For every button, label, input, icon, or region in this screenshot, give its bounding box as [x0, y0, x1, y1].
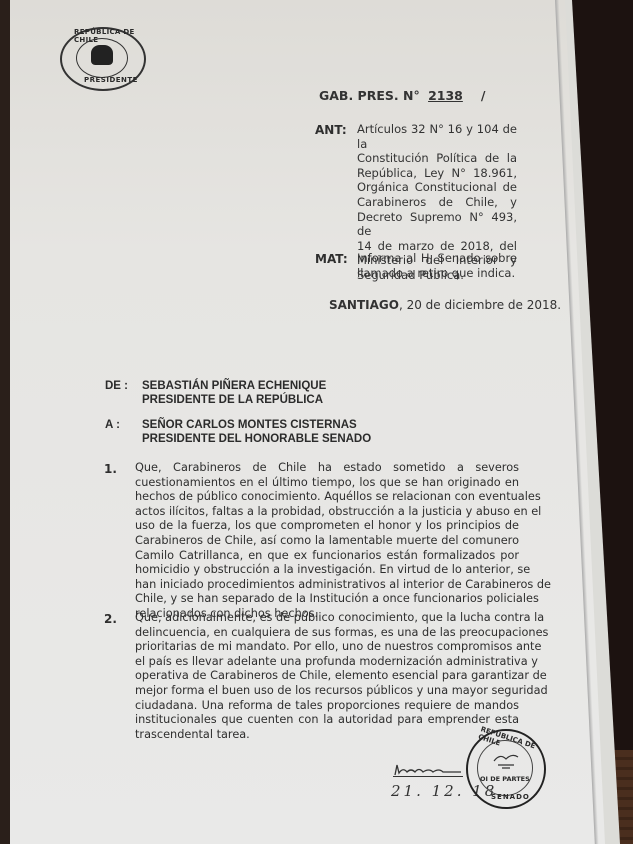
- presidential-seal: REPÚBLICA DE CHILE PRESIDENTE: [60, 27, 146, 91]
- paragraph-line: institucionales que cuenten con la autor…: [135, 713, 519, 728]
- paragraph-line: actos ilícitos, faltas a la probidad, ob…: [135, 505, 519, 520]
- paragraph-line: ciudadana. Una reforma de tales proporci…: [135, 699, 519, 714]
- paragraph-line: prioritarias de mi mandato. Por ello, un…: [135, 640, 519, 655]
- paragraph-line: trascendental tarea.: [135, 728, 519, 743]
- to-title: PRESIDENTE DEL HONORABLE SENADO: [142, 432, 371, 446]
- from-title: PRESIDENTE DE LA REPÚBLICA: [142, 393, 323, 407]
- reference-prefix: GAB. PRES. N°: [319, 88, 420, 103]
- ant-line: República, Ley N° 18.961,: [357, 166, 517, 181]
- paragraph-line: homicidio y obstrucción a la investigaci…: [135, 563, 519, 578]
- from-label: DE :: [105, 379, 145, 393]
- coat-of-arms-icon: [91, 45, 113, 65]
- paragraph-line: cuestionamientos en el último tiempo, lo…: [135, 476, 519, 491]
- mat-text: Informa al H. Senado sobre llamado a ret…: [357, 251, 517, 280]
- ant-line: Orgánica Constitucional de: [357, 180, 517, 195]
- seal-bottom-text: PRESIDENTE: [84, 76, 138, 84]
- ant-label: ANT:: [315, 123, 347, 137]
- reference-suffix: /: [481, 88, 486, 103]
- paragraph-line: hechos de público conocimiento. Aquéllos…: [135, 490, 519, 505]
- mat-line: Informa al H. Senado sobre: [357, 251, 517, 266]
- handwritten-signature: [393, 762, 463, 777]
- to-label: A :: [105, 418, 145, 432]
- stamp-middle-text: OI DE PARTES: [480, 775, 530, 783]
- paragraph-2: Que, adicionalmente, es de público conoc…: [135, 611, 519, 742]
- date: , 20 de diciembre de 2018.: [399, 298, 561, 312]
- paragraph-line: delincuencia, en cualquiera de sus forma…: [135, 626, 519, 641]
- condor-emblem-icon: [492, 751, 520, 771]
- reference-value: 2138: [424, 88, 481, 103]
- paragraph-line: mejor forma el buen uso de los recursos …: [135, 684, 519, 699]
- from-name: SEBASTIÁN PIÑERA ECHENIQUE: [142, 379, 326, 393]
- paragraph-1: Que, Carabineros de Chile ha estado some…: [135, 461, 519, 622]
- ant-line: Carabineros de Chile, y: [357, 195, 517, 210]
- paragraph-number: 2.: [104, 612, 117, 626]
- paragraph-line: Que, adicionalmente, es de público conoc…: [135, 611, 519, 626]
- mat-label: MAT:: [315, 252, 348, 266]
- paragraph-line: Camilo Catrillanca, en que ex funcionari…: [135, 549, 519, 564]
- to-name: SEÑOR CARLOS MONTES CISTERNAS: [142, 418, 357, 432]
- paragraph-number: 1.: [104, 462, 117, 476]
- paragraph-line: han iniciado procedimientos administrati…: [135, 578, 519, 593]
- paragraph-line: el país es llevar adelante una profunda …: [135, 655, 519, 670]
- senate-receipt-stamp: REPÚBLICA DE CHILE OI DE PARTES SENADO: [466, 729, 546, 809]
- reference-number: GAB. PRES. N° 2138/: [319, 88, 485, 103]
- signature-icon: [393, 763, 463, 777]
- city: SANTIAGO: [329, 298, 399, 312]
- stamp-bottom-text: SENADO: [491, 793, 530, 801]
- paragraph-line: operativa de Carabineros de Chile, eleme…: [135, 669, 519, 684]
- paragraph-line: Carabineros de Chile, así como la lament…: [135, 534, 519, 549]
- ant-line: Constitución Política de la: [357, 151, 517, 166]
- date-line: SANTIAGO, 20 de diciembre de 2018.: [329, 298, 561, 312]
- document-page: REPÚBLICA DE CHILE PRESIDENTE GAB. PRES.…: [10, 0, 610, 844]
- ant-line: Artículos 32 N° 16 y 104 de la: [357, 122, 517, 151]
- paragraph-line: Que, Carabineros de Chile ha estado some…: [135, 461, 519, 476]
- paragraph-line: uso de la fuerza, los que comprometen el…: [135, 519, 519, 534]
- paragraph-line: Chile, y se han separado de la Instituci…: [135, 592, 519, 607]
- mat-line: llamado a retiro que indica.: [357, 266, 517, 281]
- ant-line: Decreto Supremo N° 493, de: [357, 210, 517, 239]
